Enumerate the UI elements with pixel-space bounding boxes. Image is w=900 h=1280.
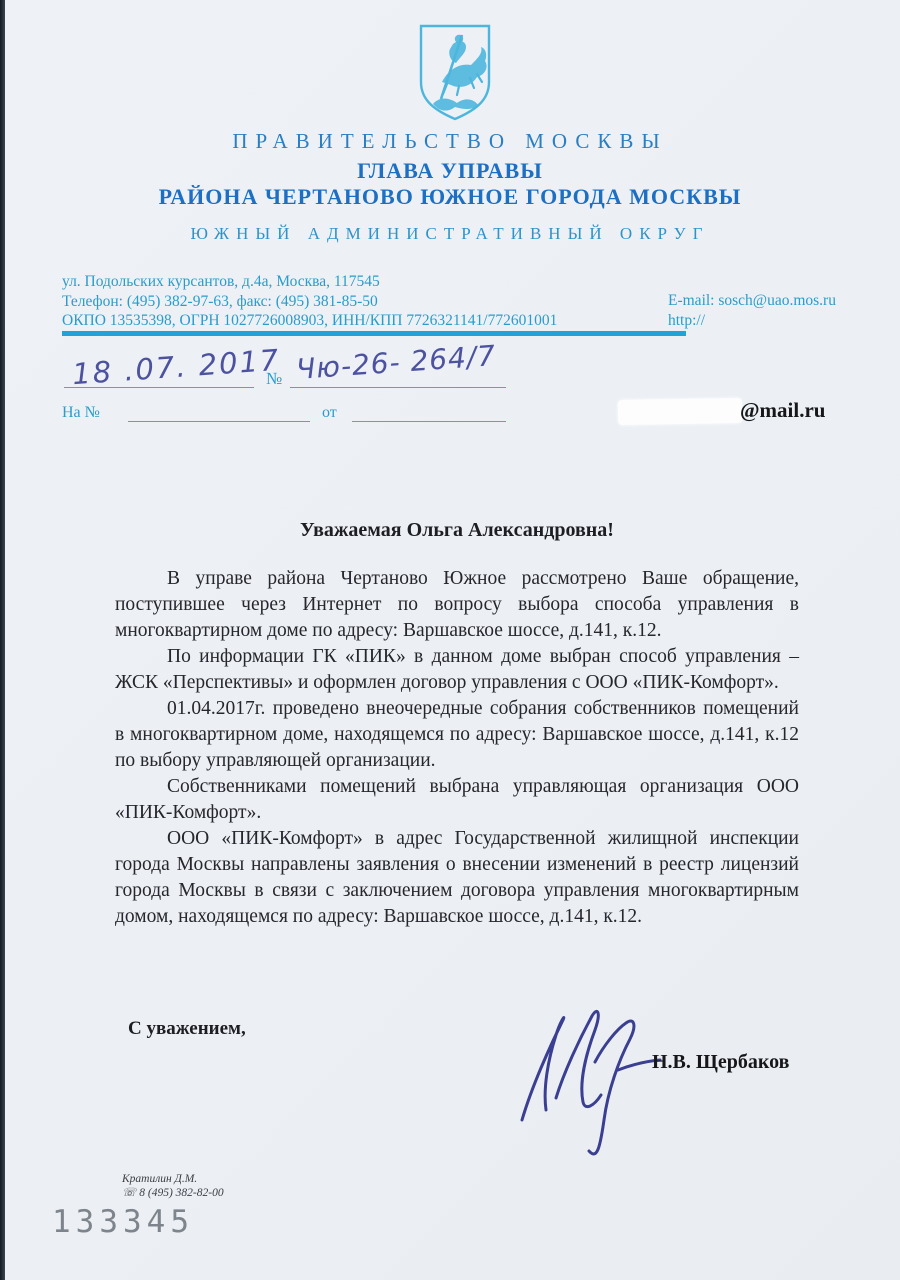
letterhead-title-line1: ГЛАВА УПРАВЫ xyxy=(0,158,900,184)
recipient-email-suffix: @mail.ru xyxy=(740,398,825,423)
salutation: Уважаемая Ольга Александровна! xyxy=(115,519,799,542)
letter-body: В управе района Чертаново Южное рассмотр… xyxy=(115,566,799,930)
contact-phone: Телефон: (495) 382-97-63, факс: (495) 38… xyxy=(62,292,557,312)
number-underline xyxy=(290,387,506,388)
executor-name: Кратилин Д.М. xyxy=(122,1172,224,1186)
contact-web: http:// xyxy=(668,311,836,331)
redacted-email-area xyxy=(618,398,742,425)
contact-email-block: E-mail: sosch@uao.mos.ru http:// xyxy=(668,291,836,330)
registration-stamp-number: 133345 xyxy=(52,1204,194,1240)
paragraph: 01.04.2017г. проведено внеочередные собр… xyxy=(115,696,799,774)
in-reply-to-label: На № xyxy=(62,404,100,422)
contact-codes: ОКПО 13535398, ОГРН 1027726008903, ИНН/К… xyxy=(62,311,557,331)
paragraph: Собственниками помещений выбрана управля… xyxy=(115,774,799,826)
phone-icon: ☏ xyxy=(122,1187,136,1199)
handwritten-outgoing-number: Чю-26- 264/7 xyxy=(295,339,497,386)
letterhead-divider-rule xyxy=(62,331,686,336)
number-sign-label: № xyxy=(266,369,282,389)
letterhead-district-line: ЮЖНЫЙ АДМИНИСТРАТИВНЫЙ ОКРУГ xyxy=(0,224,900,244)
executor-block: Кратилин Д.М. ☏ 8 (495) 382-82-00 xyxy=(122,1172,224,1200)
signer-name: Н.В. Щербаков xyxy=(652,1051,789,1074)
letterhead-title-line2: РАЙОНА ЧЕРТАНОВО ЮЖНОЕ ГОРОДА МОСКВЫ xyxy=(0,184,900,210)
executor-phone-line: ☏ 8 (495) 382-82-00 xyxy=(122,1186,224,1200)
paragraph: ООО «ПИК-Комфорт» в адрес Государственно… xyxy=(115,826,799,930)
handwritten-date: 18 .07. 2017 xyxy=(71,343,281,391)
letterhead-government-line: ПРАВИТЕЛЬСТВО МОСКВЫ xyxy=(0,129,900,154)
scanned-letter-page: ПРАВИТЕЛЬСТВО МОСКВЫ ГЛАВА УПРАВЫ РАЙОНА… xyxy=(0,0,900,1280)
closing-phrase: С уважением, xyxy=(128,1018,246,1040)
contact-email: E-mail: sosch@uao.mos.ru xyxy=(668,291,836,311)
from-date-underline xyxy=(352,421,506,422)
date-underline xyxy=(64,387,254,388)
from-date-label: от xyxy=(322,404,337,422)
executor-phone: 8 (495) 382-82-00 xyxy=(139,1187,223,1199)
paragraph: В управе района Чертаново Южное рассмотр… xyxy=(115,566,799,644)
handwritten-signature xyxy=(500,1000,675,1165)
paragraph: По информации ГК «ПИК» в данном доме выб… xyxy=(115,644,799,696)
in-reply-to-underline xyxy=(128,421,310,422)
contact-block: ул. Подольских курсантов, д.4а, Москва, … xyxy=(62,272,557,331)
moscow-coat-of-arms-icon xyxy=(414,22,496,124)
contact-address: ул. Подольских курсантов, д.4а, Москва, … xyxy=(62,272,557,292)
